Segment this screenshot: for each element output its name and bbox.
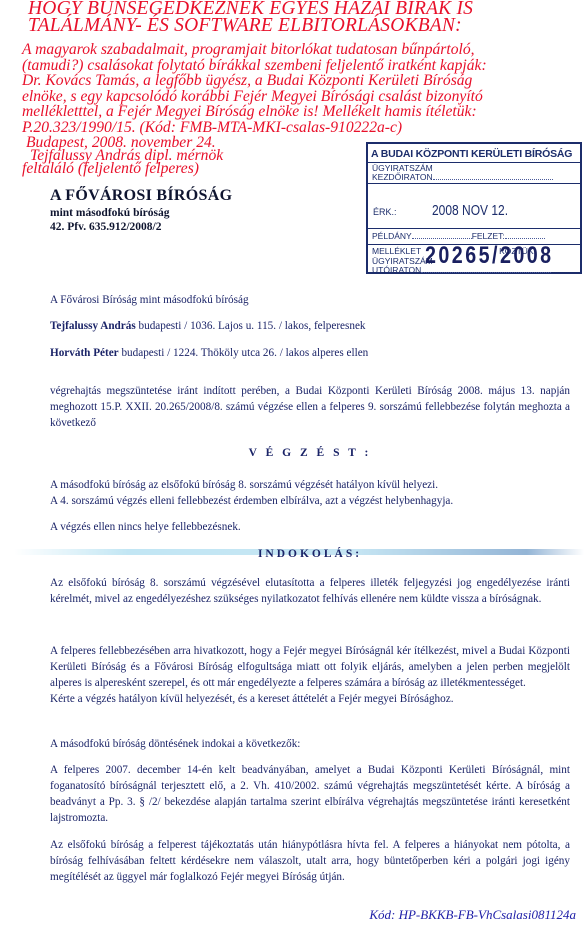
- stamp-label: KEZDŐIRATON: [372, 173, 576, 182]
- case-paragraph: végrehajtás megszüntetése iránt indított…: [50, 383, 570, 431]
- no-appeal: A végzés ellen nincs helye fellebbezésne…: [50, 519, 570, 535]
- reason-text: A felperes fellebbezésében arra hivatkoz…: [50, 643, 570, 691]
- ruling-line: A 4. sorszámú végzés elleni fellebbezést…: [50, 493, 570, 509]
- reason-paragraph-4: Az elsőfokú bíróság a felperest tájékozt…: [50, 837, 570, 885]
- indoklas-heading: INDOKOLÁS:: [50, 546, 570, 562]
- court-heading: A FŐVÁROSI BÍRÓSÁG mint másodfokú bírósá…: [50, 186, 232, 234]
- stamp-case-number: 20265/2008: [425, 242, 554, 270]
- reason-intro-text: A másodfokú bíróság döntésének indokai a…: [50, 736, 570, 752]
- header-title: HOGY BŰNSEGÉDKEZNEK EGYES HAZAI BÍRÁK IS…: [28, 0, 586, 34]
- intro-line: A magyarok szabadalmait, programjait bit…: [22, 42, 586, 58]
- stamp-title: A BUDAI KÖZPONTI KERÜLETI BÍRÓSÁG: [368, 144, 580, 163]
- defendant-address: budapesti / 1224. Thököly utca 26. / lak…: [119, 347, 369, 359]
- no-appeal-text: A végzés ellen nincs helye fellebbezésne…: [50, 519, 570, 535]
- stamp-ugyiratszam-kezdo: ÜGYIRATSZÁM KEZDŐIRATON: [368, 163, 580, 184]
- case-paragraph-text: végrehajtás megszüntetése iránt indított…: [50, 383, 570, 431]
- reason-paragraph-2: A felperes fellebbezésében arra hivatkoz…: [50, 643, 570, 707]
- signature-block: Budapest, 2008. november 24. Tejfalussy …: [26, 136, 223, 175]
- signature-role: feltaláló (feljelentő felperes): [22, 162, 223, 175]
- plaintiff-address: budapesti / 1036. Lajos u. 115. / lakos,…: [136, 320, 366, 332]
- defendant-name: Horváth Péter: [50, 347, 119, 359]
- reason-text: Az elsőfokú bíróság a felperest tájékozt…: [50, 837, 570, 885]
- header-title-line2: TALÁLMÁNY- ÉS SOFTWARE ELBITORLÁSOKBAN:: [28, 17, 586, 34]
- indoklas-heading-text: INDOKOLÁS:: [50, 546, 570, 562]
- vegzest-heading-text: V É G Z É S T :: [50, 445, 570, 461]
- stamp-label: FELZET:: [472, 231, 505, 241]
- stamp-erk-label: ÉRK.:: [373, 207, 397, 217]
- court-name: A FŐVÁROSI BÍRÓSÁG: [50, 186, 232, 206]
- intro-line: P.20.323/1990/15. (Kód: FMB-MTA-MKI-csal…: [22, 120, 586, 136]
- reason-paragraph-1: Az elsőfokú bíróság 8. sorszámú végzésév…: [50, 575, 570, 607]
- ruling-line: A másodfokú bíróság az elsőfokú bíróság …: [50, 477, 570, 493]
- court-role: mint másodfokú bíróság: [50, 206, 232, 220]
- header-intro: A magyarok szabadalmait, programjait bit…: [22, 42, 586, 135]
- reason-paragraph-3: A felperes 2007. december 14-én kelt bea…: [50, 762, 570, 826]
- intro-line: Dr. Kovács Tamás, a legfőbb ügyész, a Bu…: [22, 73, 586, 89]
- opening-line: A Fővárosi Bíróság mint másodfokú bírósá…: [50, 292, 570, 308]
- defendant-line: Horváth Péter budapesti / 1224. Thököly …: [50, 345, 570, 361]
- reason-text: Kérte a végzés hatályon kívül helyezését…: [50, 691, 570, 707]
- document-code: Kód: HP-BKKB-FB-VhCsalasi081124a: [369, 907, 576, 923]
- stamp-label: PÉLDÁNY: [372, 231, 412, 241]
- stamp-label: MELLÉKLET: [372, 246, 421, 256]
- intro-line: elnöke, s egy kapcsolódó korábbi Fejér M…: [22, 89, 586, 105]
- court-receipt-stamp: A BUDAI KÖZPONTI KERÜLETI BÍRÓSÁG ÜGYIRA…: [366, 142, 582, 274]
- intro-line: (tamudi?) csalásokat folytató bírákkal s…: [22, 58, 586, 74]
- plaintiff-name: Tejfalussy András: [50, 320, 136, 332]
- case-number: 42. Pfv. 635.912/2008/2: [50, 220, 232, 234]
- reason-text: Az elsőfokú bíróság 8. sorszámú végzésév…: [50, 575, 570, 607]
- ruling: A másodfokú bíróság az elsőfokú bíróság …: [50, 477, 570, 509]
- reason-intro: A másodfokú bíróság döntésének indokai a…: [50, 736, 570, 752]
- vegzest-heading: V É G Z É S T :: [50, 445, 570, 461]
- plaintiff-line: Tejfalussy András budapesti / 1036. Lajo…: [50, 318, 570, 334]
- stamp-received: ÉRK.: 2008 NOV 12.: [368, 184, 580, 229]
- opening-text: A Fővárosi Bíróság mint másodfokú bírósá…: [50, 292, 570, 308]
- intro-line: mellékletttel, a Fejér Megyei Bíróság el…: [22, 104, 586, 120]
- stamp-erk-date: 2008 NOV 12.: [432, 202, 508, 219]
- reason-text: A felperes 2007. december 14-én kelt bea…: [50, 762, 570, 826]
